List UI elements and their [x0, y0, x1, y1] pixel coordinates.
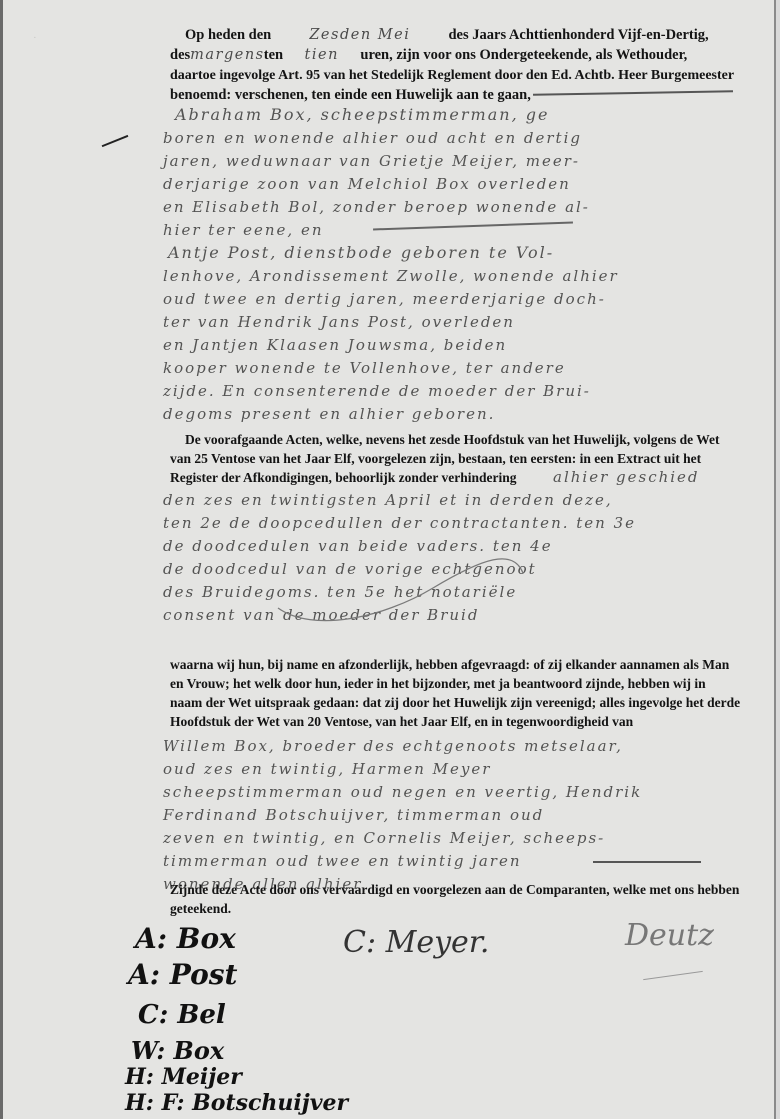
hand-line: ter van Hendrik Jans Post, overleden — [163, 311, 515, 333]
hand-line: kooper wonende te Vollenhove, ter andere — [163, 357, 566, 379]
hand-line: Ferdinand Botschuijver, timmerman oud — [163, 804, 544, 826]
fill-line — [533, 90, 733, 95]
hand-line: en Elisabeth Bol, zonder beroep wonende … — [163, 196, 590, 218]
hand-line: timmerman oud twee en twintig jaren — [163, 850, 522, 872]
hand-line: en Jantjen Klaasen Jouwsma, beiden — [163, 334, 507, 356]
declaration-line-3: naam der Wet uitspraak gedaan: dat zij d… — [170, 693, 740, 712]
header-line-1: Op heden den Zesden Mei des Jaars Achtti… — [185, 26, 709, 45]
handwritten-date: Zesden Mei — [275, 26, 445, 45]
hand-line: oud zes en twintig, Harmen Meyer — [163, 758, 491, 780]
signature-bride: A: Post — [128, 958, 237, 991]
fill-line — [373, 222, 573, 230]
declaration-line-2: en Vrouw; het welk door hun, ieder in he… — [170, 674, 706, 693]
hand-line: oud twee en dertig jaren, meerderjarige … — [163, 288, 606, 310]
acts-line-3: Register der Afkondigingen, behoorlijk z… — [170, 468, 517, 487]
fill-line — [593, 861, 701, 863]
handwritten-hour: tien — [287, 46, 357, 65]
closing-line-1: Zijnde deze Acte door ons vervaardigd en… — [170, 880, 739, 899]
signature-underline — [643, 971, 703, 981]
hand-line: scheepstimmerman oud negen en veertig, H… — [163, 781, 642, 803]
header-line-3: daartoe ingevolge Art. 95 van het Stedel… — [170, 66, 734, 85]
document-page: · Op heden den Zesden Mei des Jaars Acht… — [0, 0, 776, 1119]
hand-line: Abraham Box, scheepstimmerman, ge — [175, 104, 549, 126]
handwritten-time-of-day: margens — [190, 46, 260, 65]
hand-line: hier ter eene, en — [163, 219, 323, 241]
hand-line: zeven en twintig, en Cornelis Meijer, sc… — [163, 827, 605, 849]
signature-groom: A: Box — [135, 922, 236, 955]
signature-witness: W: Box — [131, 1036, 224, 1065]
declaration-line-1: waarna wij hun, bij name en afzonderlijk… — [170, 655, 729, 674]
hand-line: derjarige zoon van Melchiol Box overlede… — [163, 173, 571, 195]
hand-line: degoms present en alhier geboren. — [163, 403, 495, 425]
declaration-line-4: Hoofdstuk der Wet van 20 Ventose, van he… — [170, 712, 633, 731]
acts-line-1: De voorafgaande Acten, welke, nevens het… — [185, 430, 720, 449]
hand-line: den zes en twintigsten April et in derde… — [163, 489, 613, 511]
flourish-line — [273, 548, 533, 628]
hand-line: ten 2e de doopcedullen der contractanten… — [163, 512, 636, 534]
hand-line: Willem Box, broeder des echtgenoots mets… — [163, 735, 623, 757]
bleed-through-text: · — [33, 32, 37, 44]
hand-line: boren en wonende alhier oud acht en dert… — [163, 127, 582, 149]
signature-mother: C: Meyer. — [343, 925, 489, 960]
header-line-2: desmargens ten tien uren, zijn voor ons … — [170, 46, 687, 65]
signature-witness: H: F: Botschuijver — [125, 1090, 348, 1116]
closing-line-2: geteekend. — [170, 899, 231, 918]
hand-line: Antje Post, dienstbode geboren te Vol- — [168, 242, 554, 264]
signature-official: Deutz — [625, 918, 714, 953]
hand-line: lenhove, Arondissement Zwolle, wonende a… — [163, 265, 619, 287]
margin-mark — [102, 135, 129, 147]
hand-line: jaren, weduwnaar van Grietje Meijer, mee… — [163, 150, 580, 172]
signature-witness: H: Meijer — [125, 1064, 242, 1090]
signature-witness: C: Bel — [138, 1000, 226, 1030]
header-line-4: benoemd: verschenen, ten einde een Huwel… — [170, 86, 531, 105]
hand-line: alhier geschied — [553, 466, 700, 488]
hand-line: zijde. En consenterende de moeder der Br… — [163, 380, 591, 402]
